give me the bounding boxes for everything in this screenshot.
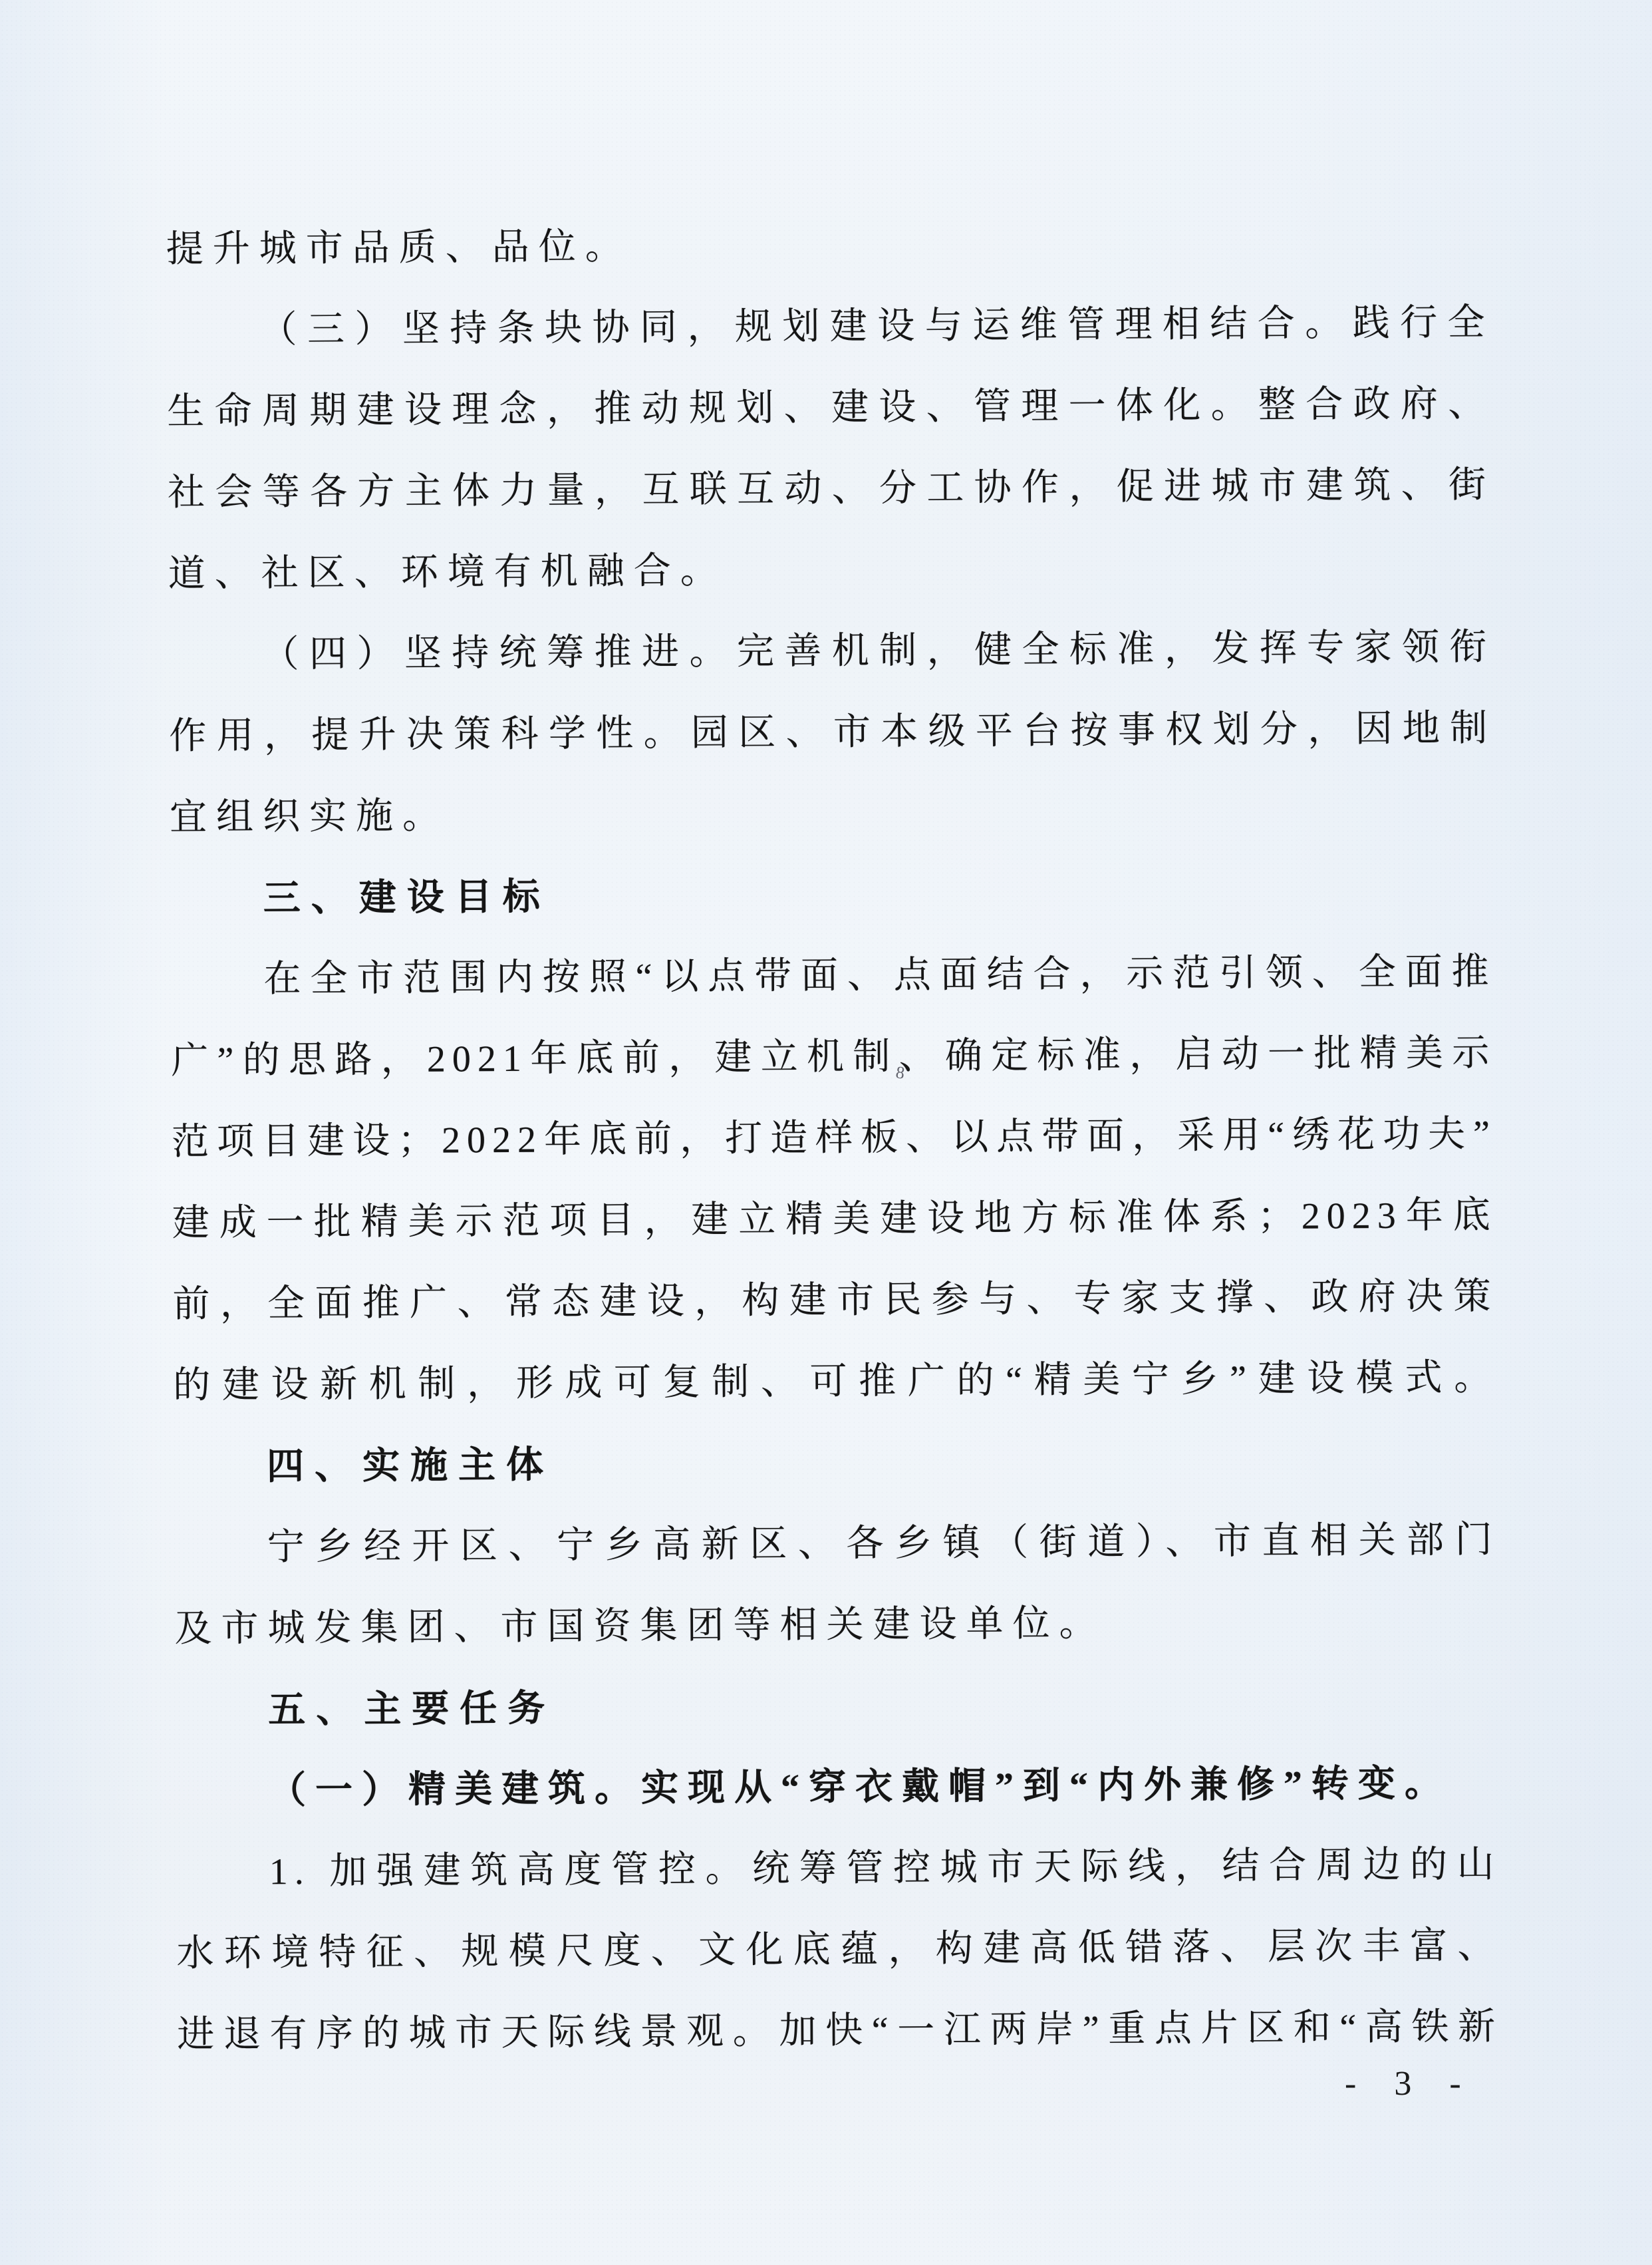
text-line: 建成一批精美示范项目，建立精美建设地方标准体系；2023年底 <box>172 1175 1497 1264</box>
text-line: （三）坚持条块协同，规划建设与运维管理相结合。践行全 <box>166 282 1492 371</box>
text-line: 道、社区、环境有机融合。 <box>168 526 1493 615</box>
text-line: 宜组织实施。 <box>170 769 1495 858</box>
text-line: 作用，提升决策科学性。园区、市本级平台按事权划分，因地制 <box>169 688 1494 777</box>
text-line: 宁乡经开区、宁乡高新区、各乡镇（街道）、市直相关部门 <box>174 1499 1499 1588</box>
text-line: 水环境特征、规模尺度、文化底蕴，构建高低错落、层次丰富、 <box>176 1905 1502 1994</box>
section-heading-implementing-bodies: 四、实施主体 <box>174 1418 1499 1507</box>
text-line: 生命周期建设理念，推动规划、建设、管理一体化。整合政府、 <box>167 363 1492 452</box>
page-number: - 3 - <box>1345 2064 1476 2103</box>
text-line: 社会等各方主体力量，互联互动、分工协作，促进城市建筑、街 <box>168 444 1493 533</box>
section-heading-construction-goals: 三、建设目标 <box>170 850 1495 939</box>
text-line: 范项目建设；2022年底前，打造样板、以点带面，采用“绣花功夫” <box>172 1094 1497 1183</box>
text-line: 的建设新机制，形成可复制、可推广的“精美宁乡”建设模式。 <box>173 1337 1498 1426</box>
text-line: 前，全面推广、常态建设，构建市民参与、专家支撑、政府决策 <box>172 1256 1498 1345</box>
text-line: 广”的思路，2021年底前，建立机制、确定标准，启动一批精美示 <box>171 1012 1496 1102</box>
scanned-document-page: 提升城市品质、品位。 （三）坚持条块协同，规划建设与运维管理相结合。践行全 生命… <box>0 0 1652 2265</box>
text-line: 在全市范围内按照“以点带面、点面结合，示范引领、全面推 <box>170 931 1496 1020</box>
text-line: 及市城发集团、市国资集团等相关建设单位。 <box>174 1581 1500 1670</box>
text-line: （四）坚持统筹推进。完善机制，健全标准，发挥专家领衔 <box>168 607 1494 696</box>
document-text: 提升城市品质、品位。 （三）坚持条块协同，规划建设与运维管理相结合。践行全 生命… <box>166 201 1502 2075</box>
section-heading-main-tasks: 五、主要任务 <box>175 1662 1500 1751</box>
text-line: 进退有序的城市天际线景观。加快“一江两岸”重点片区和“高铁新 <box>177 1986 1502 2075</box>
text-line: 提升城市品质、品位。 <box>166 201 1491 290</box>
text-line: 1. 加强建筑高度管控。统筹管控城市天际线，结合周边的山 <box>176 1824 1501 1913</box>
subsection-heading-fine-architecture: （一）精美建筑。实现从“穿衣戴帽”到“内外兼修”转变。 <box>176 1743 1501 1832</box>
